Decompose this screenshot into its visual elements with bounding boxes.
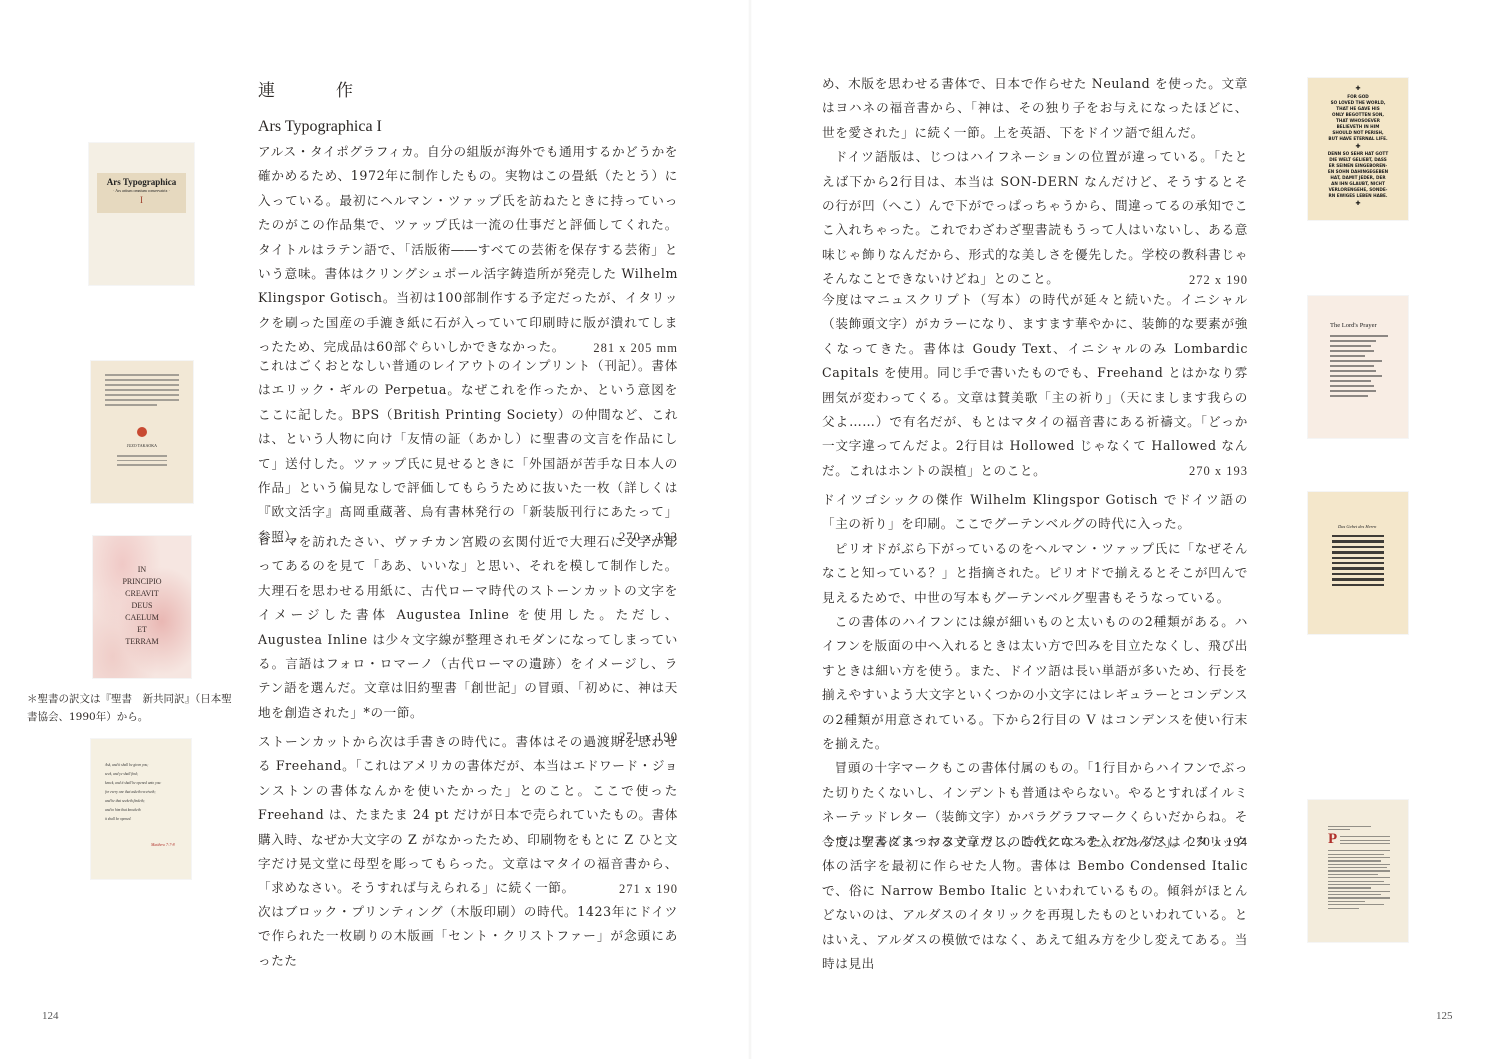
verse-line: it shall be opened. xyxy=(105,815,185,824)
verse-line: BUT HAVE ETERNAL LIFE. xyxy=(1308,136,1408,142)
right-page: め、木版を思わせる書体で、日本で作らせた Neuland を使った。文章はヨハネ… xyxy=(750,0,1500,1059)
paragraph-text: ローマを訪れたさい、ヴァチカン宮殿の玄関付近で大理石に文字が彫ってあるのを見て「… xyxy=(258,530,678,725)
german-verse: DENN SO SEHR HAT GOTT DIE WELT GELIEBT, … xyxy=(1308,151,1408,199)
verse-line: and he that seeketh findeth; xyxy=(105,797,185,806)
thumbnail-title: Das Gebet des Herrn xyxy=(1338,524,1376,529)
paragraph-text: アルス・タイポグラフィカ。自分の組版が海外でも通用するかどうかを確かめるため、1… xyxy=(258,140,678,360)
paragraph-1: アルス・タイポグラフィカ。自分の組版が海外でも通用するかどうかを確かめるため、1… xyxy=(258,140,678,360)
paragraph-text: この書体のハイフンには線が細いものと太いものの2種類がある。ハイフンを版面の中へ… xyxy=(822,610,1248,756)
paragraph-text: 今度はマニュスクリプト（写本）の時代が延々と続いた。イニシャル（装飾頭文字）がカ… xyxy=(822,288,1248,483)
left-page: 連 作 Ars Typographica I アルス・タイポグラフィカ。自分の組… xyxy=(0,0,750,1059)
cross-mark-icon: ✚ xyxy=(1308,143,1408,150)
artwork-thumbnail-gebet-des-herrn: Das Gebet des Herrn xyxy=(1308,492,1408,634)
artwork-thumbnail-imprint: JUZO TAKAOKA xyxy=(91,361,193,503)
artwork-thumbnail-freehand: Ask, and it shall be given you; seek, an… xyxy=(91,739,191,879)
paragraph-4: ストーンカットから次は手書きの時代に。書体はその過渡期を思わせる Freehan… xyxy=(258,730,678,901)
paragraph-text: ドイツゴシックの傑作 Wilhelm Klingspor Gotisch でドイ… xyxy=(822,488,1248,537)
text-block xyxy=(1340,834,1390,846)
paragraph-5: 次はブロック・プリンティング（木版印刷）の時代。1423年にドイツで作られた一枚… xyxy=(258,900,678,973)
cross-mark-icon: ✚ xyxy=(1308,86,1408,92)
inscription-line: PRINCIPIO xyxy=(93,576,191,588)
artwork-thumbnail-in-principio: IN PRINCIPIO CREAVIT DEUS CAELUM ET TERR… xyxy=(93,536,191,678)
verse-line: seek, and ye shall find; xyxy=(105,770,185,779)
verse-line: and to him that knocketh xyxy=(105,806,185,815)
inscription-line: TERRAM xyxy=(93,636,191,648)
thumbnail-heading: JUZO TAKAOKA xyxy=(91,443,193,448)
text-block xyxy=(1328,848,1390,911)
marble-inscription: IN PRINCIPIO CREAVIT DEUS CAELUM ET TERR… xyxy=(93,564,191,648)
thumbnail-subtitle: · Ars artium omnium conservatrix · xyxy=(97,188,186,193)
paragraph-text: これはごくおとなしい普通のレイアウトのインプリント（刊記）。書体はエリック・ギル… xyxy=(258,354,678,549)
work-title: Ars Typographica I xyxy=(258,118,382,136)
text-block xyxy=(1330,332,1388,400)
red-seal-icon xyxy=(137,427,147,437)
thumbnail-title: Ars Typographica xyxy=(97,177,186,187)
inscription-line: CAELUM xyxy=(93,612,191,624)
thumbnail-mark: I xyxy=(97,195,186,205)
paragraph-text: め、木版を思わせる書体で、日本で作らせた Neuland を使った。文章はヨハネ… xyxy=(822,72,1248,145)
inscription-line: ET xyxy=(93,624,191,636)
footnote: ＊聖書の訳文は『聖書 新共同訳』（日本聖書協会、1990年）から。 xyxy=(27,690,237,726)
artwork-thumbnail-ars-typographica: Ars Typographica · Ars artium omnium con… xyxy=(89,143,194,285)
paragraph-3: ローマを訪れたさい、ヴァチカン宮殿の玄関付近で大理石に文字が彫ってあるのを見て「… xyxy=(258,530,678,750)
text-block xyxy=(105,371,179,409)
text-block xyxy=(1332,532,1384,589)
paragraph-text: ピリオドがぶら下がっているのをヘルマン・ツァップ氏に「なぜそんなこと知っている？… xyxy=(822,537,1248,610)
paragraph-text: ストーンカットから次は手書きの時代に。書体はその過渡期を思わせる Freehan… xyxy=(258,730,678,901)
paragraph-text: 次はブロック・プリンティング（木版印刷）の時代。1423年にドイツで作られた一枚… xyxy=(258,900,678,973)
verse-line: knock, and it shall be opened unto you: xyxy=(105,779,185,788)
freehand-text: Ask, and it shall be given you; seek, an… xyxy=(105,761,185,824)
page-number-right: 125 xyxy=(1436,1010,1453,1022)
verse-line: for every one that asketh receiveth; xyxy=(105,788,185,797)
verse-line: Ask, and it shall be given you; xyxy=(105,761,185,770)
paragraph-6: め、木版を思わせる書体で、日本で作らせた Neuland を使った。文章はヨハネ… xyxy=(822,72,1248,292)
page-number-left: 124 xyxy=(42,1010,59,1022)
text-block xyxy=(117,452,167,469)
verse-reference: Matthew 7:7-8 xyxy=(151,842,175,847)
paragraph-8: ドイツゴシックの傑作 Wilhelm Klingspor Gotisch でドイ… xyxy=(822,488,1248,855)
illuminated-initial: P xyxy=(1328,832,1337,847)
verse-line: RN EWIGES LEBEN HABE. xyxy=(1308,193,1408,199)
inscription-line: IN xyxy=(93,564,191,576)
section-title: 連 作 xyxy=(258,76,375,101)
paragraph-2: これはごくおとなしい普通のレイアウトのインプリント（刊記）。書体はエリック・ギル… xyxy=(258,354,678,550)
paragraph-7: 今度はマニュスクリプト（写本）の時代が延々と続いた。イニシャル（装飾頭文字）がカ… xyxy=(822,288,1248,484)
artwork-thumbnail-neuland: ✚ FOR GOD SO LOVED THE WORLD, THAT HE GA… xyxy=(1308,78,1408,220)
inscription-line: DEUS xyxy=(93,600,191,612)
text-block xyxy=(1328,824,1390,832)
artwork-thumbnail-bembo-italic: P xyxy=(1308,800,1408,942)
thumbnail-title: The Lord's Prayer xyxy=(1330,322,1377,329)
inscription-line: CREAVIT xyxy=(93,588,191,600)
paragraph-9: 今度はアルダス・マヌティウスの時代になった。アルダスはイタリック体の活字を最初に… xyxy=(822,830,1248,976)
title-label: Ars Typographica · Ars artium omnium con… xyxy=(97,173,186,213)
artwork-thumbnail-lords-prayer: The Lord's Prayer xyxy=(1308,296,1408,438)
paragraph-text: 今度はアルダス・マヌティウスの時代になった。アルダスはイタリック体の活字を最初に… xyxy=(822,830,1248,976)
english-verse: FOR GOD SO LOVED THE WORLD, THAT HE GAVE… xyxy=(1308,94,1408,142)
cross-mark-icon: ✚ xyxy=(1308,200,1408,207)
